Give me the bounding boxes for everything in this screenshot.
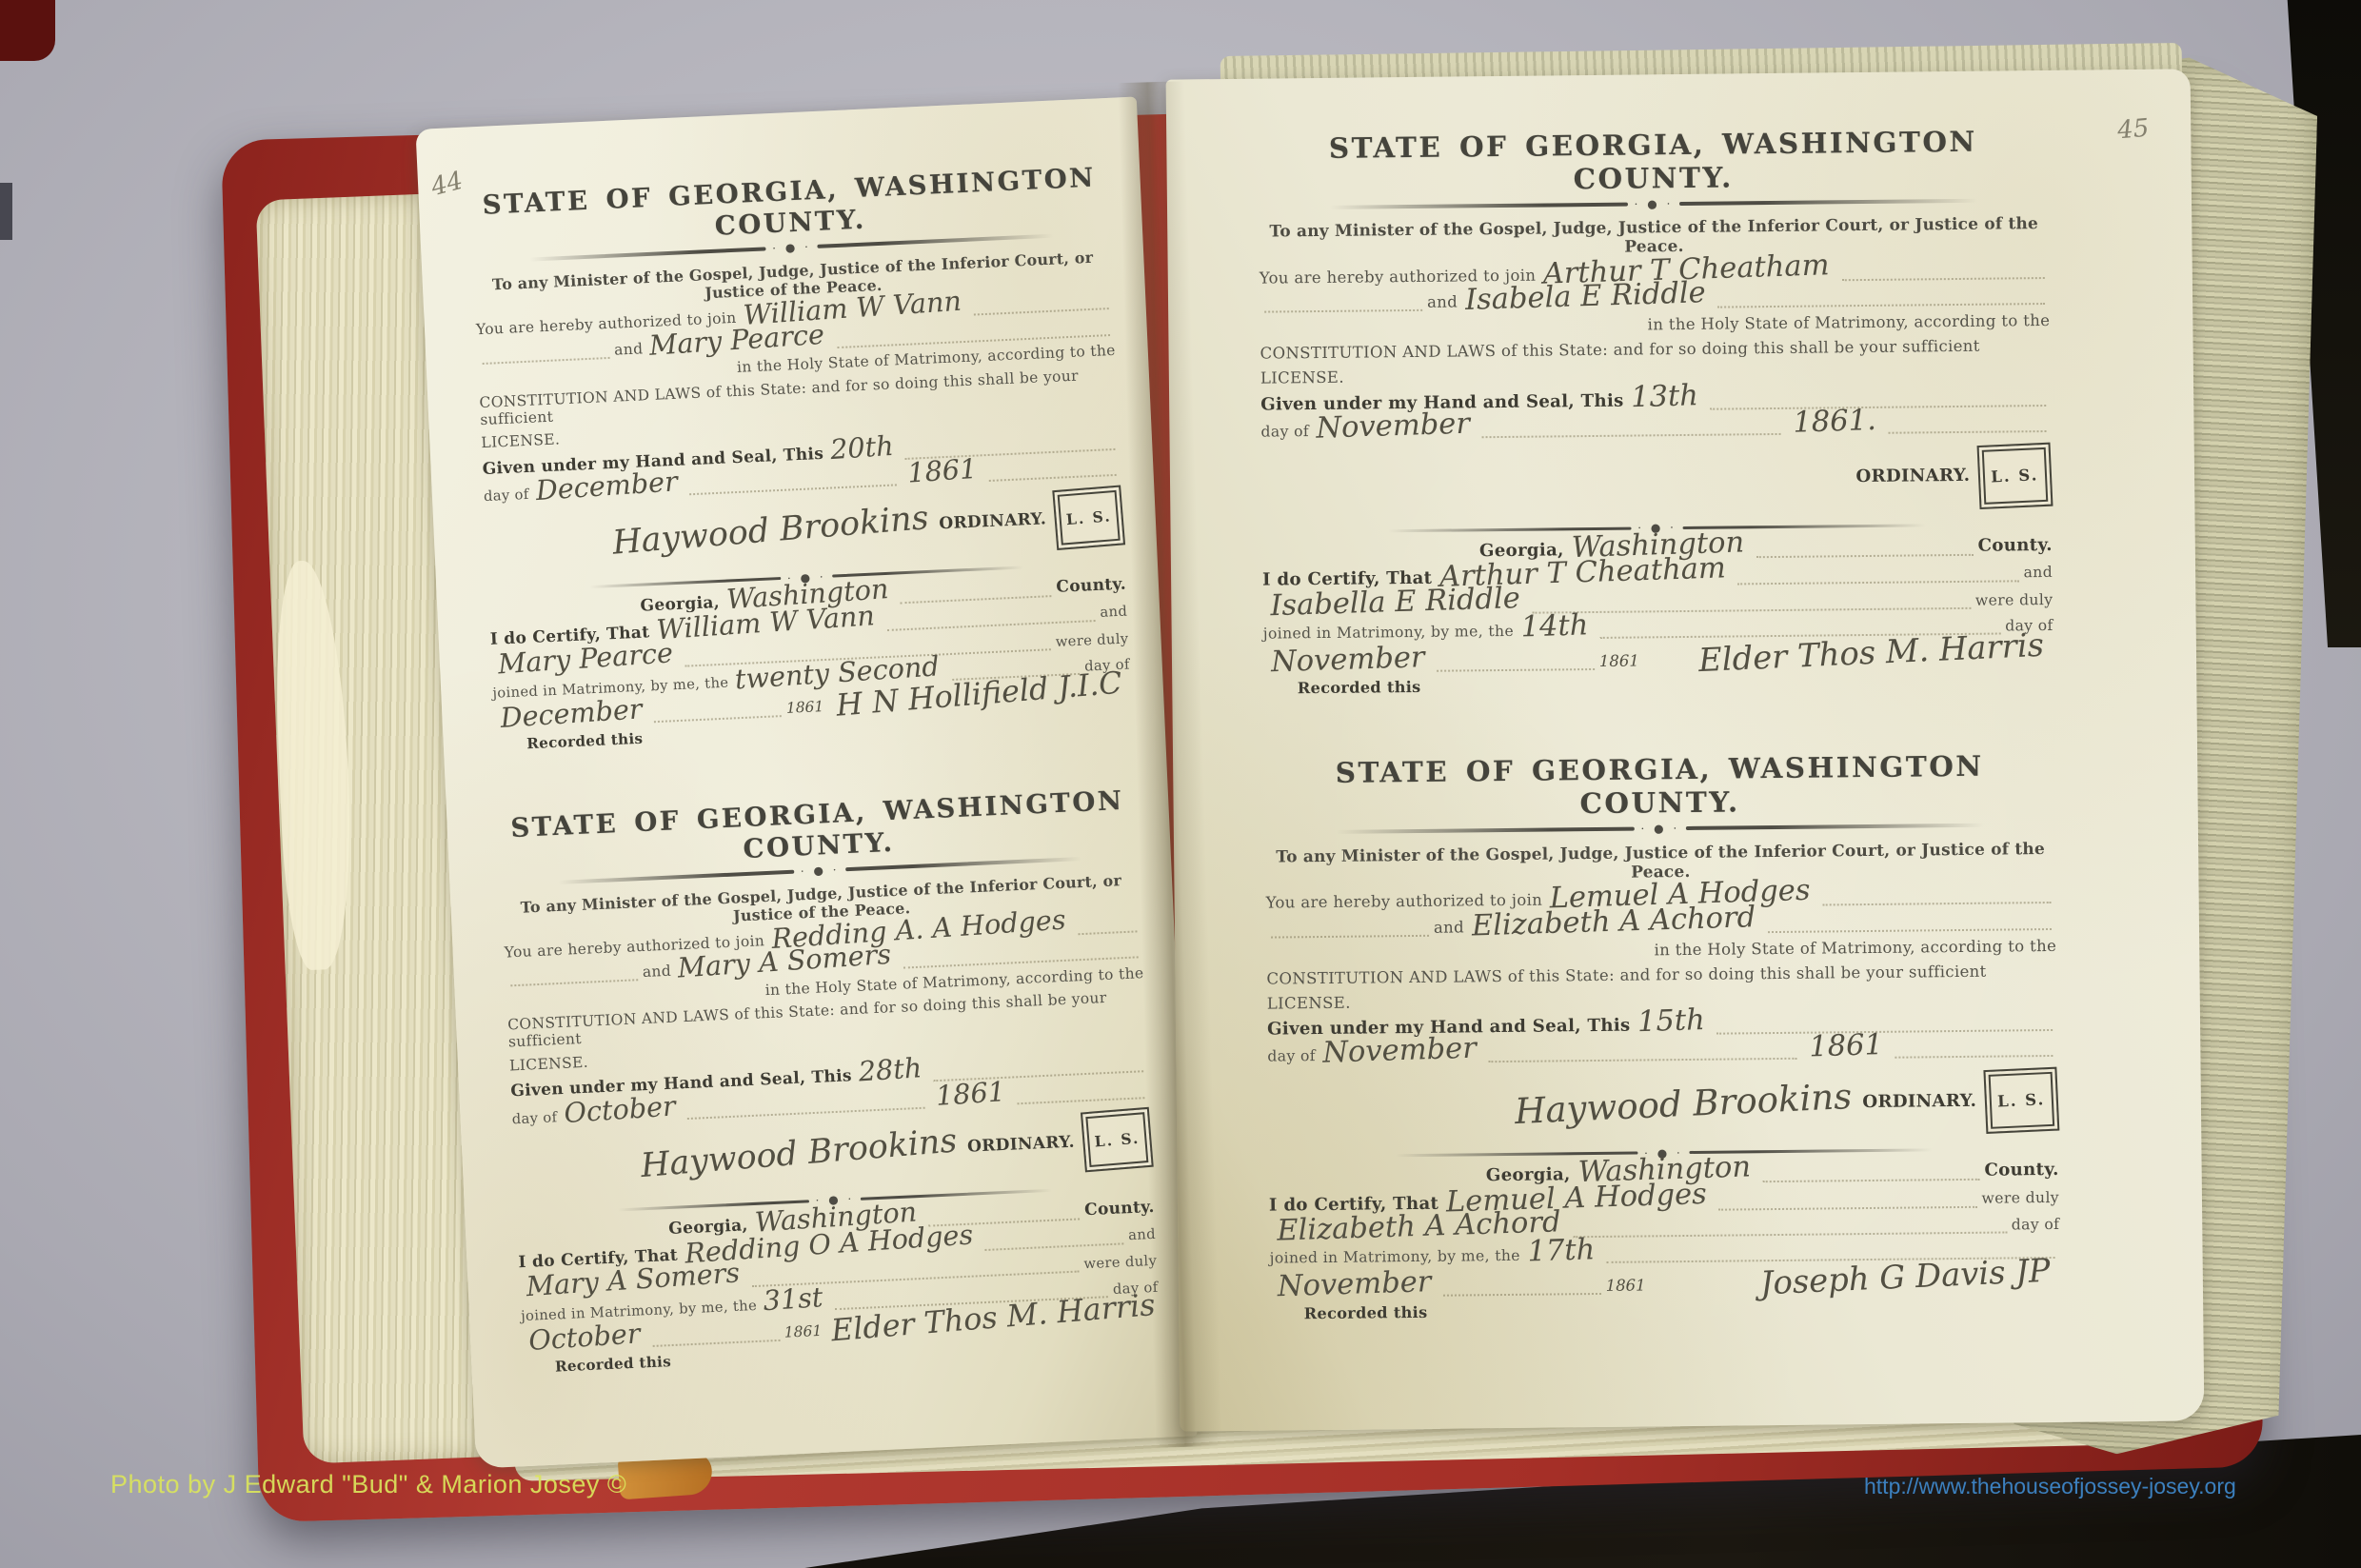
ordinary-label: ORDINARY. — [967, 1133, 1076, 1157]
photo-scene: 44 STATE OF GEORGIA, WASHINGTON COUNTY. … — [0, 0, 2361, 1568]
background-corner-shadow — [0, 0, 55, 61]
dotted-line — [1573, 1218, 2007, 1238]
certify-day: 14th — [1520, 613, 1589, 640]
dotted-line — [1264, 296, 1422, 313]
license-day: 20th — [829, 433, 894, 461]
license-date-row: day of November 1861 — [1267, 1038, 2057, 1065]
header-ornament: · ● · — [1336, 819, 1984, 839]
officiant-signature: Elder Thos M. Harris — [1697, 631, 2044, 674]
dotted-line — [510, 967, 639, 987]
dotted-line — [1717, 289, 2045, 308]
dotted-line — [689, 471, 897, 495]
dotted-line — [984, 1230, 1124, 1251]
dotted-line — [1482, 420, 1781, 438]
ordinary-signature: Haywood Brookins — [640, 1128, 958, 1181]
seal-stamp: L. S. — [1984, 1067, 2060, 1134]
license-day: 13th — [1631, 384, 1699, 410]
license-day: 15th — [1637, 1008, 1706, 1035]
page-number-right: 45 — [2116, 114, 2150, 146]
certify-day: 31st — [763, 1285, 823, 1312]
license-year: 1861 — [935, 1080, 1005, 1107]
dotted-line — [1017, 1084, 1145, 1104]
dotted-line — [654, 703, 783, 723]
dotted-line — [1271, 922, 1429, 939]
page-left: 44 STATE OF GEORGIA, WASHINGTON COUNTY. … — [415, 97, 1197, 1469]
dotted-line — [886, 607, 1096, 631]
certify-date-row: November 1861 Elder Thos M. Harris — [1263, 641, 2053, 673]
license-date-row: day of November 1861. — [1260, 412, 2051, 440]
photographer-watermark: Photo by J Edward "Bud" & Marion Josey © — [110, 1470, 626, 1499]
constitution-row: CONSTITUTION AND LAWS of this State: and… — [1260, 336, 2051, 363]
certify-day: 17th — [1527, 1239, 1596, 1265]
dotted-line — [1716, 1016, 2053, 1035]
dotted-line — [482, 344, 610, 364]
marriage-record-hodges-somers: STATE OF GEORGIA, WASHINGTON COUNTY. · ●… — [498, 784, 1161, 1377]
bride-row: and Isabela E Riddle — [1260, 286, 2050, 313]
constitution-row: CONSTITUTION AND LAWS of this State: and… — [1266, 962, 2056, 988]
dotted-line — [1767, 915, 2052, 933]
dotted-line — [900, 583, 1052, 604]
background-edge-shadow — [0, 183, 12, 240]
seal-stamp: L. S. — [1081, 1107, 1154, 1172]
dotted-line — [1822, 888, 2051, 906]
license-month: October — [563, 1094, 676, 1124]
dotted-line — [988, 462, 1117, 482]
dotted-line — [1895, 1042, 2053, 1059]
certify-bride: Elizabeth A Achord — [1277, 1210, 1561, 1243]
marriage-record-hodges-achord: STATE OF GEORGIA, WASHINGTON COUNTY. · ●… — [1264, 748, 2060, 1322]
dotted-line — [973, 295, 1109, 316]
dotted-line — [1737, 566, 2018, 585]
seal-stamp: L. S. — [1977, 442, 2053, 508]
dotted-line — [652, 1327, 781, 1347]
bride-name: Elizabeth A Achord — [1471, 905, 1756, 939]
ordinary-signature: Haywood Brookins — [1514, 1082, 1853, 1127]
matrimony-row: in the Holy State of Matrimony, accordin… — [1266, 937, 2056, 963]
page-right: 45 STATE OF GEORGIA, WASHINGTON COUNTY. … — [1166, 69, 2205, 1431]
dotted-line — [1437, 655, 1595, 672]
bride-name: Isabela E Riddle — [1464, 281, 1705, 313]
dotted-line — [1718, 1192, 1976, 1210]
license-month: November — [1316, 412, 1470, 442]
header-ornament: · ● · — [1330, 194, 1978, 214]
certify-year: 1861 — [785, 698, 823, 717]
license-month: November — [1322, 1037, 1477, 1066]
dotted-line — [1077, 918, 1137, 935]
dotted-line — [1443, 1280, 1601, 1297]
matrimony-row: in the Holy State of Matrimony, accordin… — [1260, 311, 2050, 338]
dotted-line — [1532, 593, 1971, 613]
bride-name: Mary Pearce — [649, 322, 825, 357]
dotted-line — [1711, 391, 2047, 410]
license-year: 1861. — [1793, 408, 1876, 436]
ordinary-label: ORDINARY. — [939, 509, 1047, 533]
record-header: STATE OF GEORGIA, WASHINGTON COUNTY. — [1264, 748, 2055, 824]
certify-year: 1861 — [784, 1322, 822, 1341]
license-year: 1861 — [906, 457, 977, 485]
ordinary-row: Haywood Brookins ORDINARY. L. S. — [1268, 1068, 2059, 1140]
ordinary-signature: Haywood Brookins — [612, 505, 930, 558]
recorded-row: Recorded this — [1270, 1297, 2060, 1323]
dotted-line — [1841, 264, 2044, 281]
seal-stamp: L. S. — [1052, 485, 1125, 549]
certify-year: 1861 — [1606, 1276, 1646, 1294]
license-day: 28th — [858, 1056, 923, 1083]
dotted-line — [1888, 417, 2046, 434]
marriage-record-cheatham-riddle: STATE OF GEORGIA, WASHINGTON COUNTY. · ●… — [1258, 124, 2053, 698]
certify-date-row: November 1861 Joseph G Davis JP — [1270, 1265, 2060, 1298]
officiant-signature: Joseph G Davis JP — [1759, 1258, 2051, 1299]
bride-row: and Elizabeth A Achord — [1266, 910, 2056, 938]
certify-month: December — [500, 697, 643, 729]
dotted-line — [1762, 1165, 1979, 1182]
marriage-record-vann-pearce: STATE OF GEORGIA, WASHINGTON COUNTY. · ●… — [469, 161, 1132, 754]
ordinary-label: ORDINARY. — [1862, 1091, 1976, 1112]
website-url-watermark: http://www.thehouseofjossey-josey.org — [1864, 1474, 2236, 1499]
certify-month: November — [1277, 1270, 1431, 1300]
certify-bride-row: Elizabeth A Achord day of — [1269, 1213, 2059, 1241]
ordinary-row: ORDINARY. L. S. — [1261, 444, 2053, 515]
record-header: STATE OF GEORGIA, WASHINGTON COUNTY. — [1258, 124, 2049, 199]
dotted-line — [1489, 1044, 1797, 1062]
dotted-line — [1756, 540, 1973, 557]
certify-year: 1861 — [1599, 651, 1639, 669]
certify-bride: Mary Pearce — [497, 641, 673, 676]
certify-bride-row: Isabella E Riddle were duly — [1262, 588, 2053, 616]
ordinary-label: ORDINARY. — [1855, 466, 1970, 486]
certify-month: November — [1270, 645, 1424, 675]
license-year: 1861 — [1809, 1033, 1883, 1060]
certify-bride: Isabella E Riddle — [1270, 586, 1520, 619]
page-number-left: 44 — [428, 167, 466, 202]
certify-month: October — [528, 1321, 642, 1352]
license-month: December — [535, 469, 678, 502]
dotted-line — [686, 1094, 924, 1119]
